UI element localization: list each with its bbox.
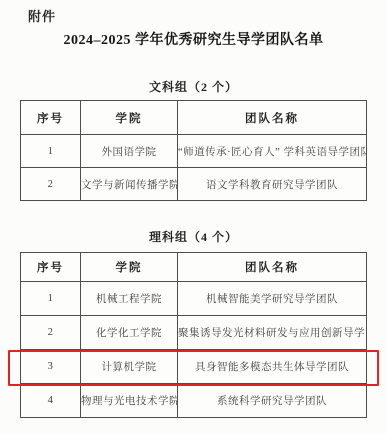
table-row: 1 机械工程学院 机械智能美学研究导学团队 (21, 282, 367, 316)
cell-college: 物理与光电技术学院 (81, 384, 178, 418)
table-row: 2 文学与新闻传播学院 语文学科教育研究导学团队 (21, 168, 367, 201)
column-header-team-name: 团队名称 (178, 101, 367, 135)
table-row-highlighted: 3 计算机学院 具身智能多模态共生体导学团队 (21, 350, 367, 384)
cell-index: 1 (21, 135, 81, 168)
table-row: 1 外国语学院 “师道传承·匠心育人” 学科英语导学团队 (21, 135, 367, 168)
cell-college: 计算机学院 (81, 350, 178, 384)
cell-team-name: 语文学科教育研究导学团队 (178, 168, 367, 201)
document-page: 附件 2024–2025 学年优秀研究生导学团队名单 文科组（2 个） 序号 学… (0, 0, 387, 434)
cell-college: 机械工程学院 (81, 282, 178, 316)
group-heading-science: 理科组（4 个） (0, 228, 387, 245)
cell-team-name: 机械智能美学研究导学团队 (178, 282, 367, 316)
table-row: 4 物理与光电技术学院 系统科学研究导学团队 (21, 384, 367, 418)
group-heading-liberal-arts: 文科组（2 个） (0, 78, 387, 95)
cell-index: 4 (21, 384, 81, 418)
cell-index: 2 (21, 316, 81, 350)
cell-team-name: “师道传承·匠心育人” 学科英语导学团队 (178, 135, 367, 168)
column-header-team-name: 团队名称 (178, 253, 367, 282)
column-header-index: 序号 (21, 101, 81, 135)
science-table: 序号 学院 团队名称 1 机械工程学院 机械智能美学研究导学团队 2 化学化工学… (20, 252, 367, 418)
cell-team-name: 具身智能多模态共生体导学团队 (178, 350, 367, 384)
column-header-index: 序号 (21, 253, 81, 282)
cell-index: 3 (21, 350, 81, 384)
cell-index: 1 (21, 282, 81, 316)
liberal-arts-table: 序号 学院 团队名称 1 外国语学院 “师道传承·匠心育人” 学科英语导学团队 … (20, 100, 367, 201)
cell-college: 文学与新闻传播学院 (81, 168, 178, 201)
document-title: 2024–2025 学年优秀研究生导学团队名单 (0, 29, 387, 49)
table-header-row: 序号 学院 团队名称 (21, 253, 367, 282)
table-header-row: 序号 学院 团队名称 (21, 101, 367, 135)
table-row: 2 化学化工学院 聚集诱导发光材料研发与应用创新导学团队 (21, 316, 367, 350)
attachment-label: 附件 (28, 6, 56, 25)
column-header-college: 学院 (81, 101, 178, 135)
column-header-college: 学院 (81, 253, 178, 282)
cell-team-name: 系统科学研究导学团队 (178, 384, 367, 418)
cell-team-name: 聚集诱导发光材料研发与应用创新导学团队 (178, 316, 367, 350)
cell-college: 化学化工学院 (81, 316, 178, 350)
cell-college: 外国语学院 (81, 135, 178, 168)
cell-index: 2 (21, 168, 81, 201)
